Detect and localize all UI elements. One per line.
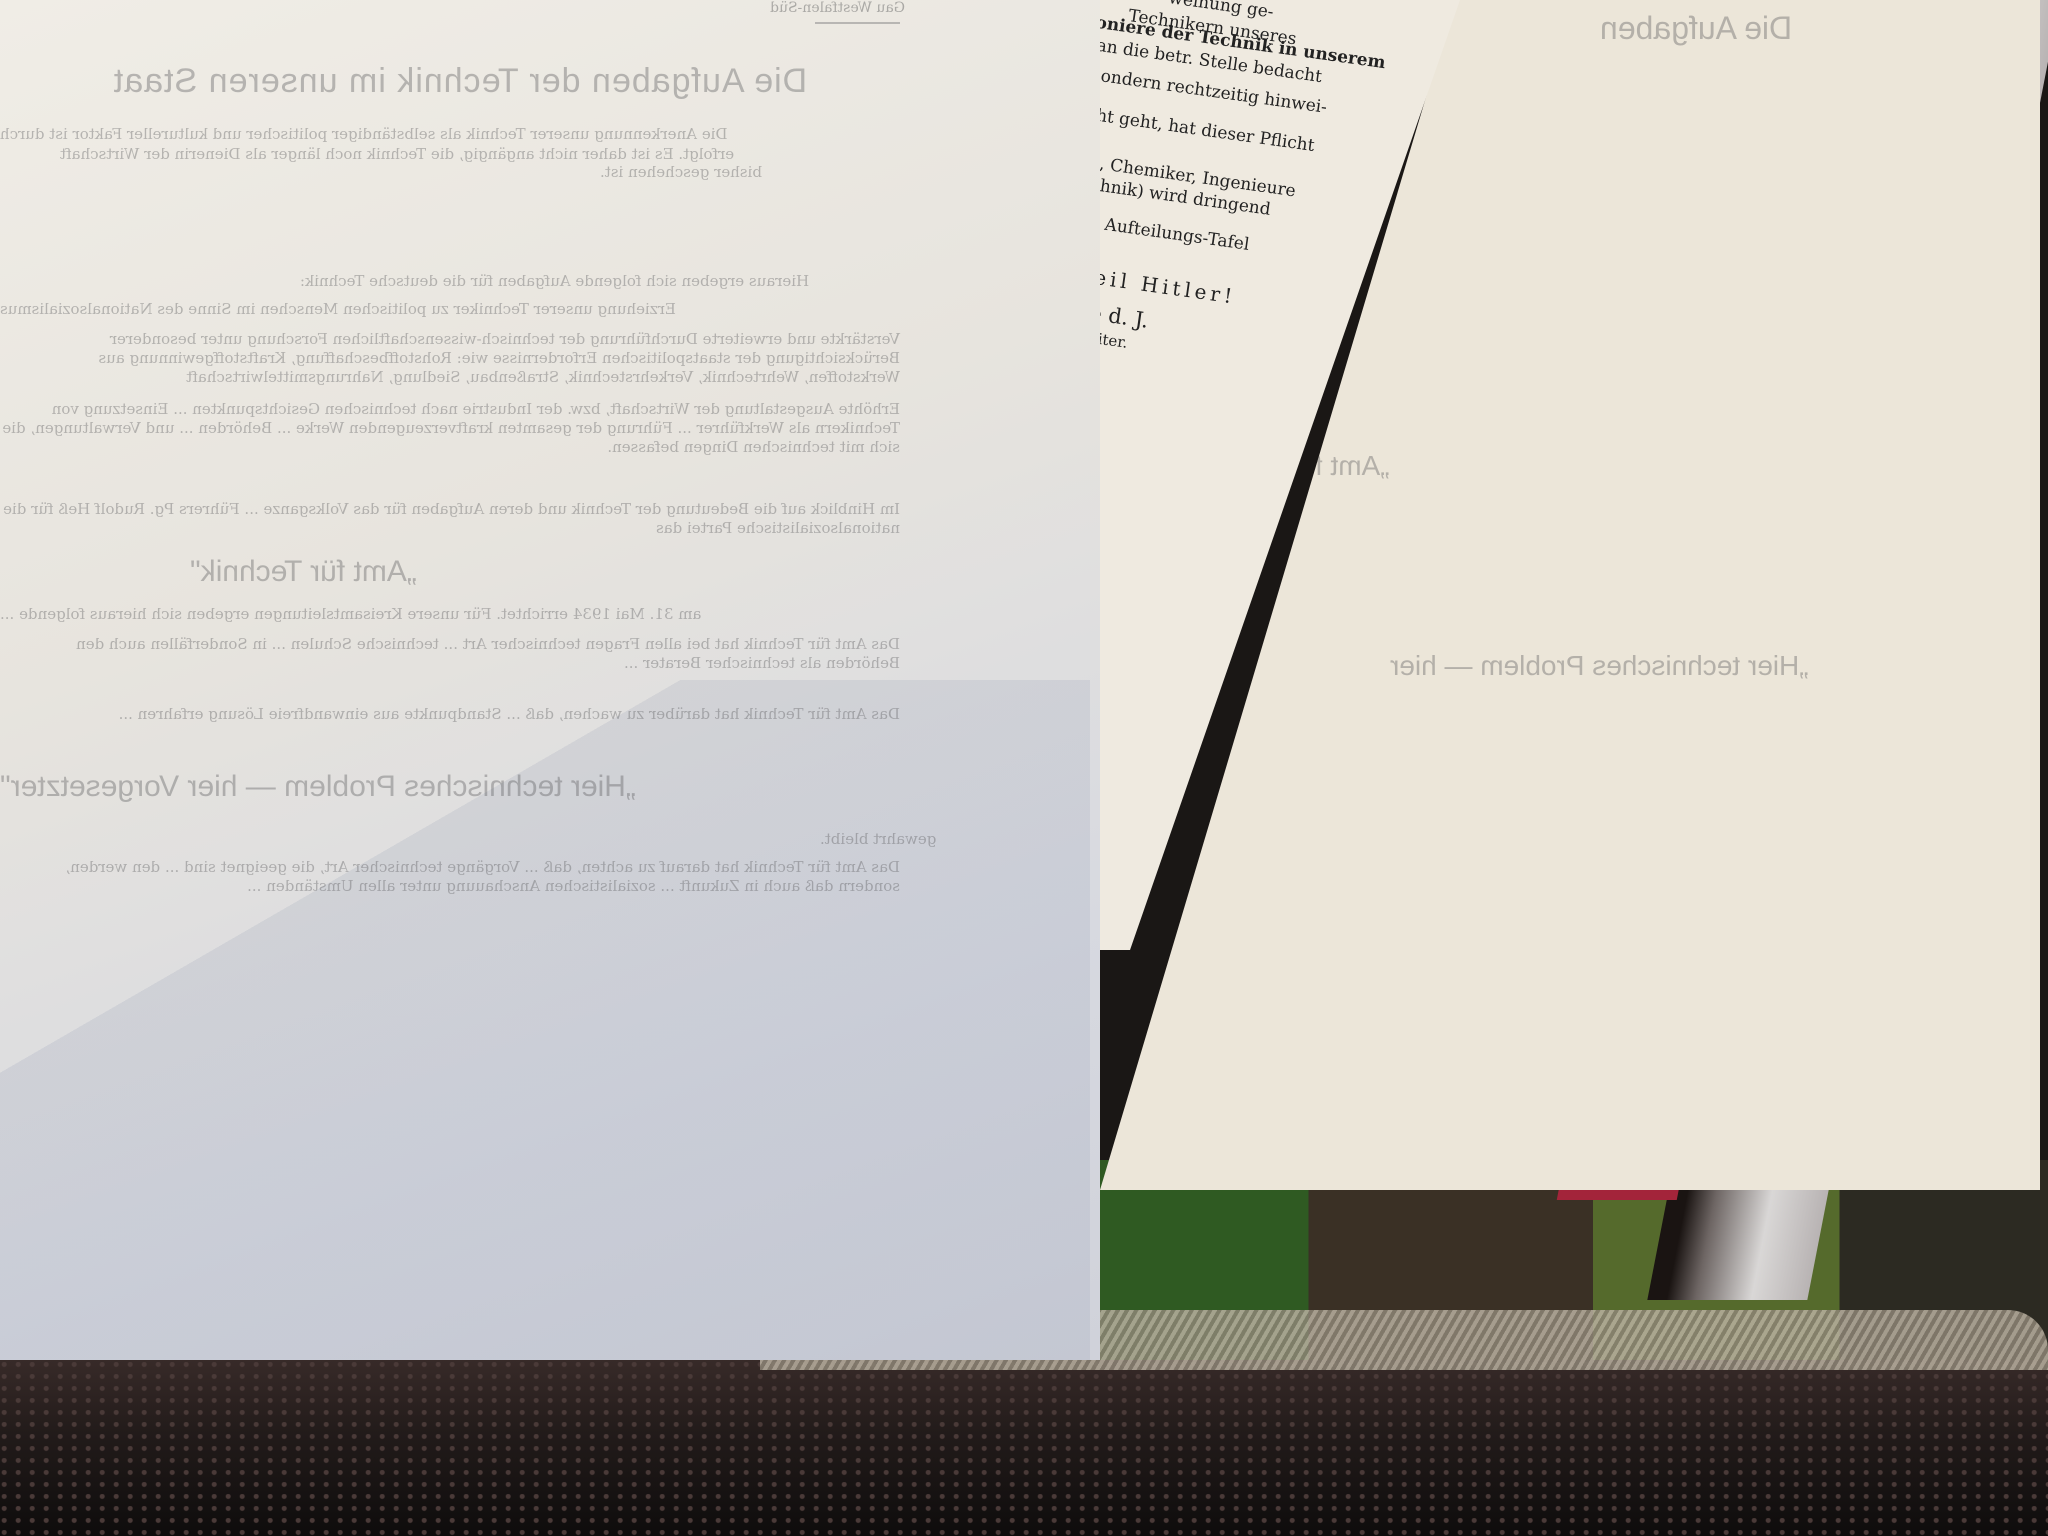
numbered-item-3: Erhöhte Ausgestaltung der Wirtschaft, bz… [0, 400, 900, 457]
intro-line: erfolgt. Es ist daher nicht angängig, di… [60, 145, 734, 164]
lead-in: Hieraus ergeben sich folgende Aufgaben f… [300, 272, 809, 291]
right-sheet-title: Die Aufgaben [1600, 10, 1792, 47]
right-sheet-subtitle-2: „Hier technisches Problem — hier [1390, 650, 1809, 682]
subtitle-amt-fuer-technik: „Amt für Technik" [190, 555, 417, 589]
intro-line: bisher geschehen ist. [600, 163, 762, 182]
para-4: Das Amt für Technik hat darüber zu wache… [0, 705, 900, 724]
closing-para: Im Hinblick auf die Bedeutung der Techni… [0, 500, 900, 538]
header-rule [815, 22, 900, 24]
para-6: Das Amt für Technik hat darauf zu achten… [0, 858, 900, 896]
para-2: am 31. Mai 1934 errichtet. Für unsere Kr… [0, 605, 701, 624]
subtitle-hier-technisches-problem: „Hier technisches Problem — hier Vorgese… [0, 770, 636, 804]
right-sheet-subtitle-1: „Amt für [1290, 450, 1390, 482]
para-3: Das Amt für Technik hat bei allen Fragen… [0, 635, 900, 673]
left-title: Die Aufgaben der Technik im unseren Staa… [90, 62, 830, 101]
para-5: gewahrt bleibt. [820, 830, 936, 849]
gau-header: Gau Westfalen-Süd [770, 0, 905, 16]
leather-binder-surface [0, 1350, 2048, 1536]
document-photo: Die Aufgaben „Amt für „Hier technisches … [0, 0, 2048, 1536]
numbered-item-2: Verstärkte und erweiterte Durchführung d… [0, 330, 900, 387]
left-sheet: Gau Westfalen-Süd Die Aufgaben der Techn… [0, 0, 1100, 1360]
intro-line: Die Anerkennung unserer Technik als selb… [0, 125, 728, 144]
numbered-item-1: Erziehung unserer Techniker zu politisch… [0, 300, 676, 319]
